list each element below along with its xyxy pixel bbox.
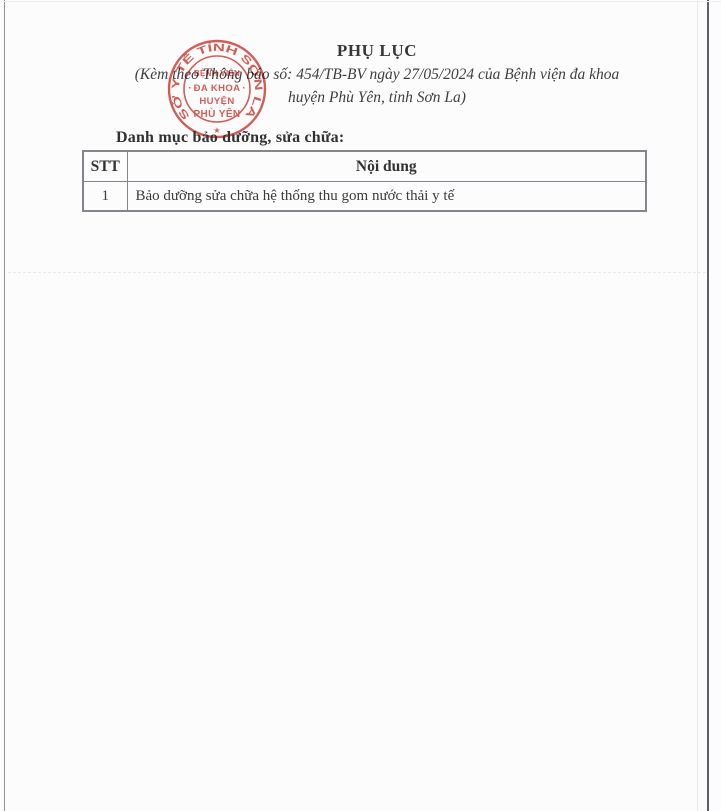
section-heading: Danh mục bảo dưỡng, sửa chữa: xyxy=(116,129,344,147)
stamp-center-line-2: ĐA KHOA xyxy=(194,83,241,94)
cell-stt: 1 xyxy=(83,182,127,212)
scanned-document: { "document": { "title": "PHỤ LỤC", "sub… xyxy=(0,0,721,811)
stamp-center-line-4: PHÙ YÊN xyxy=(193,107,240,120)
hospital-stamp: SỞ Y TẾ TỈNH SƠN LA ★ BỆNH VIỆN ĐA KHOA … xyxy=(162,34,272,144)
scan-edge-left-line xyxy=(4,0,5,811)
table-header-row: STT Nội dung xyxy=(83,151,646,182)
scan-edge-top-line xyxy=(0,1,721,2)
scan-edge-right-line xyxy=(707,0,709,811)
scan-artifact-dotted-line xyxy=(8,272,706,273)
cell-noi-dung: Bảo dưỡng sửa chữa hệ thống thu gom nước… xyxy=(127,182,646,212)
scan-edge-right-faint-line xyxy=(697,0,698,811)
stamp-center-line-1: BỆNH VIỆN xyxy=(194,69,240,78)
table-header-noi-dung: Nội dung xyxy=(127,151,646,182)
stamp-right-dot-icon: · xyxy=(242,83,245,94)
table-header-stt: STT xyxy=(83,151,127,182)
stamp-left-dot-icon: · xyxy=(188,83,191,94)
maintenance-table: STT Nội dung 1 Bảo dưỡng sửa chữa hệ thố… xyxy=(82,150,647,212)
stamp-center-line-3: HUYỆN xyxy=(199,95,234,107)
table-row: 1 Bảo dưỡng sửa chữa hệ thống thu gom nư… xyxy=(83,182,646,212)
